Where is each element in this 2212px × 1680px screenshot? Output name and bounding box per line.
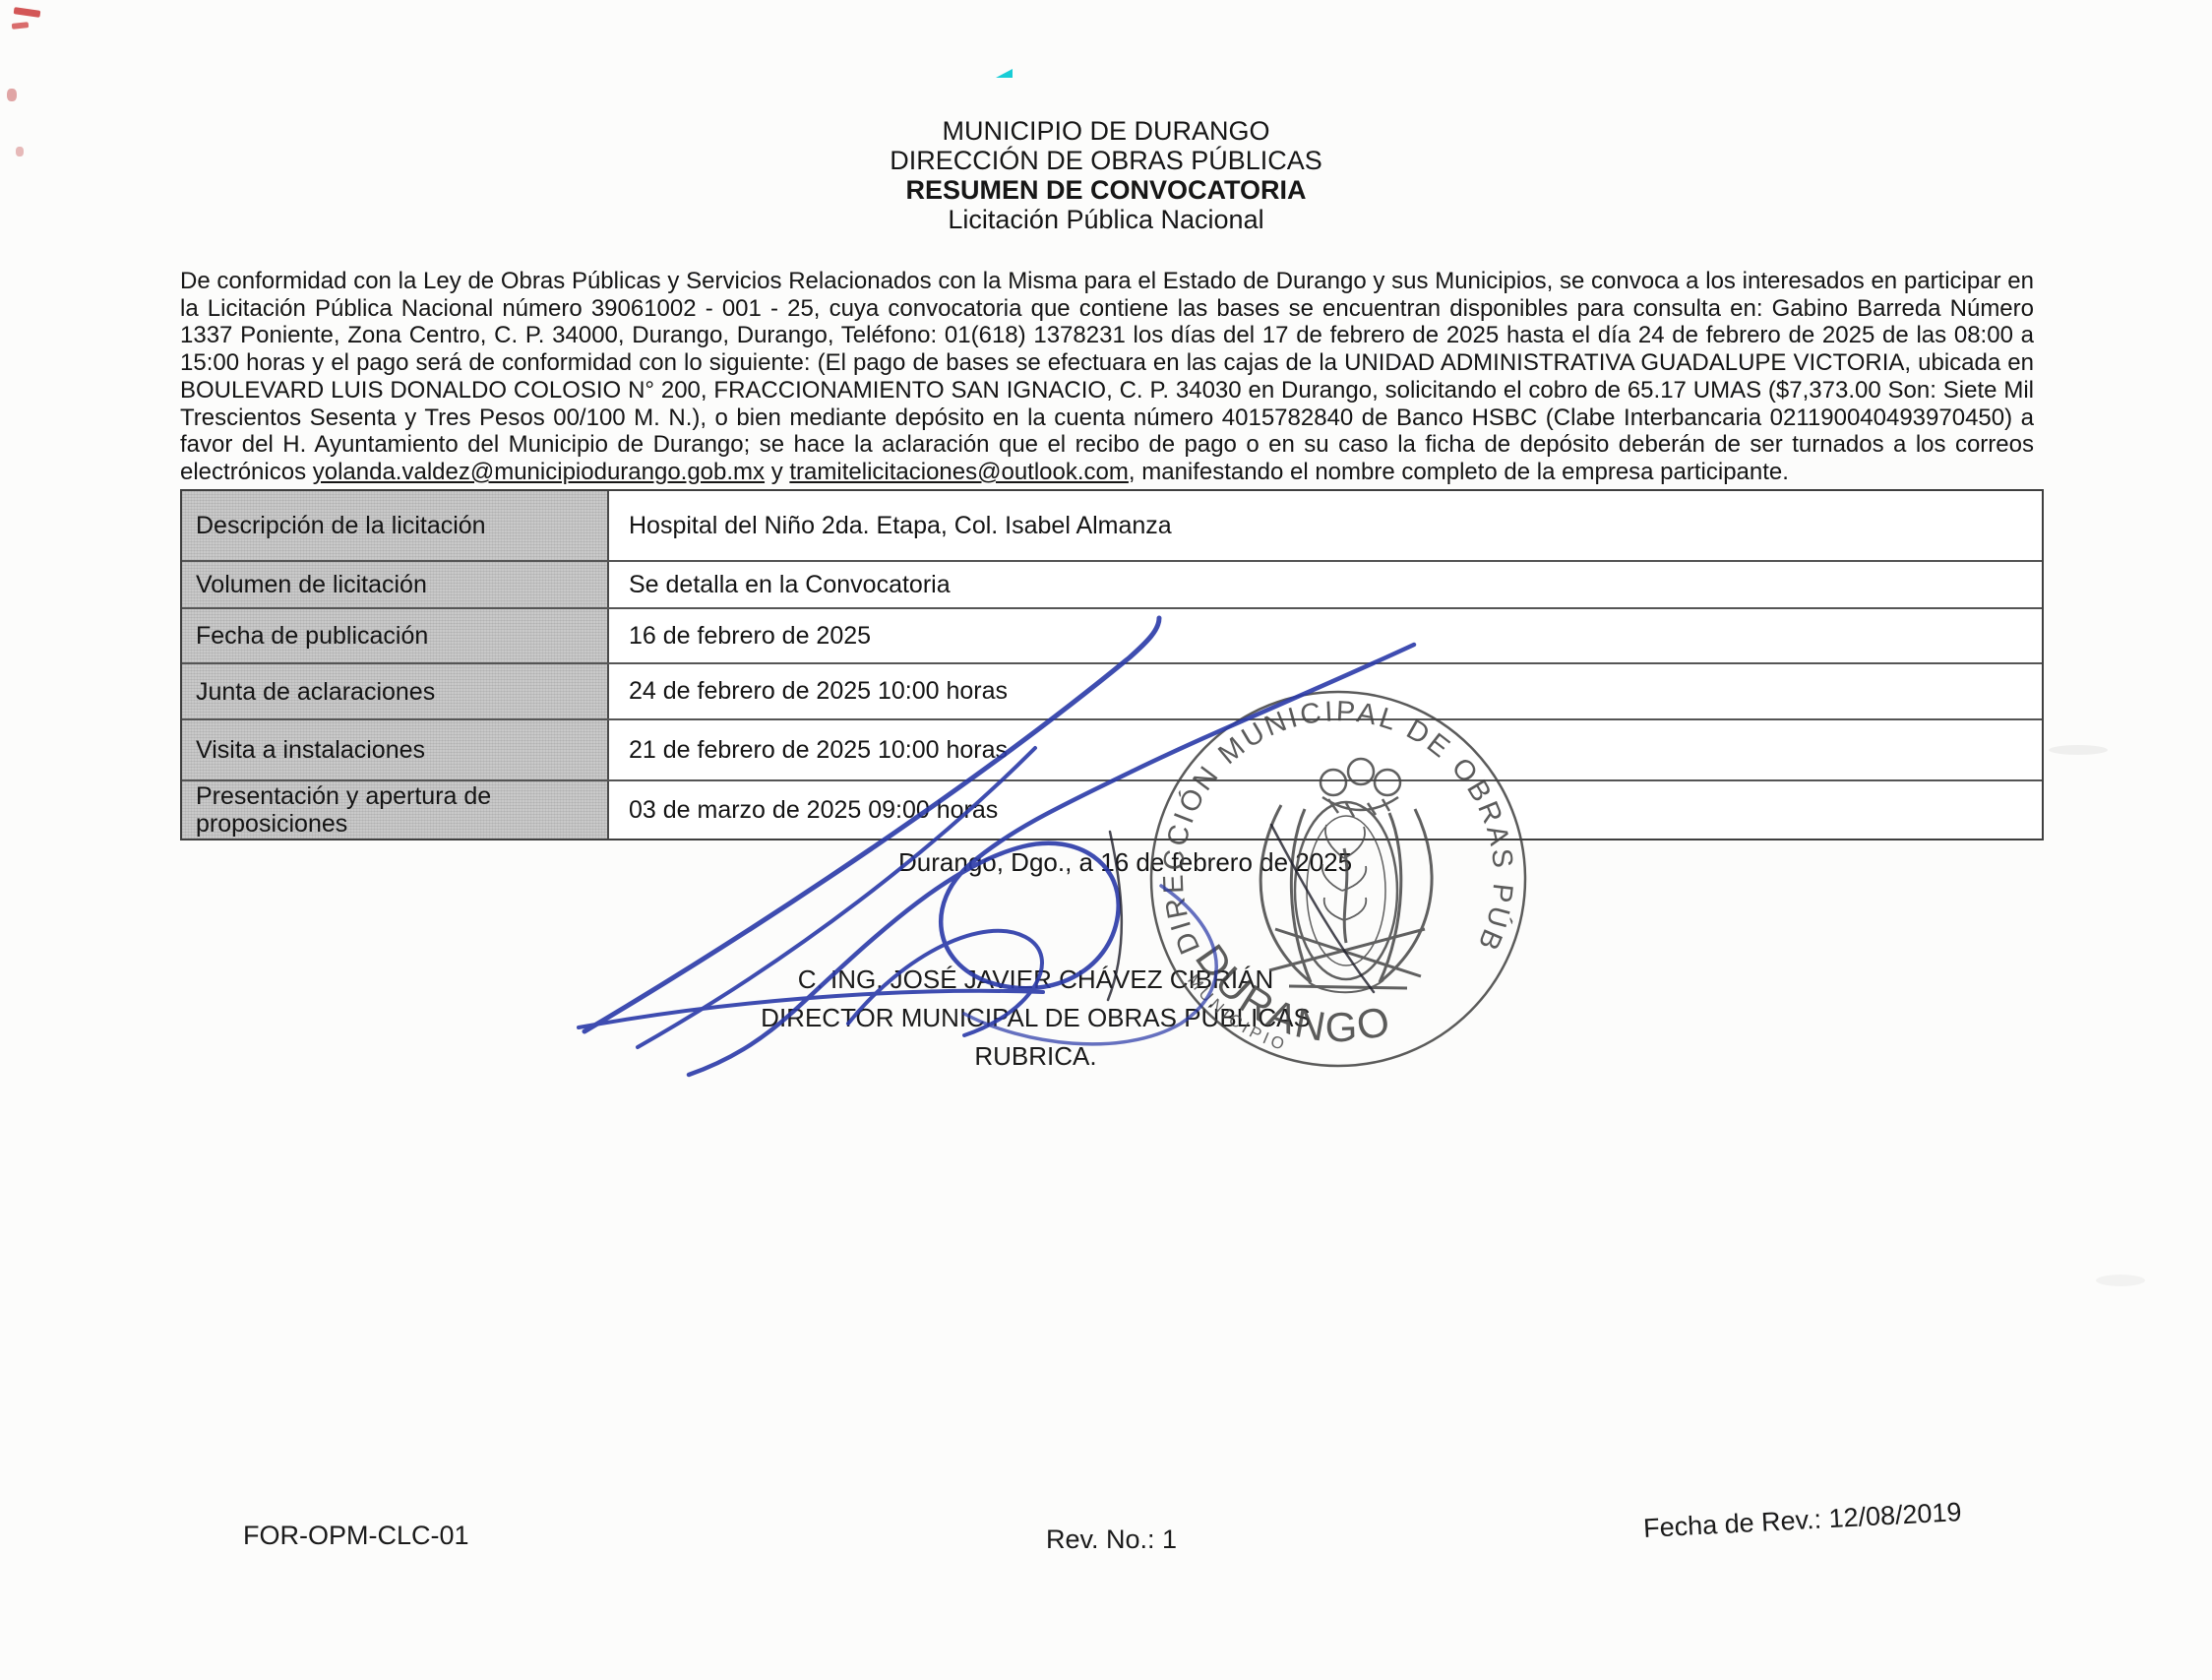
- scanned-document-page: MUNICIPIO DE DURANGO DIRECCIÓN DE OBRAS …: [0, 0, 2212, 1680]
- row-value: Hospital del Niño 2da. Etapa, Col. Isabe…: [609, 491, 2042, 560]
- row-value: 16 de febrero de 2025: [609, 609, 2042, 662]
- tender-summary-table: Descripción de la licitación Hospital de…: [180, 489, 2044, 840]
- row-label: Visita a instalaciones: [182, 720, 609, 779]
- row-label: Junta de aclaraciones: [182, 664, 609, 718]
- row-label: Presentación y apertura de proposiciones: [182, 781, 609, 839]
- signatory-name: C. ING. JOSÉ JAVIER CHÁVEZ CIBRIÁN: [669, 961, 1402, 999]
- email-link-tramite[interactable]: tramitelicitaciones@outlook.com: [789, 459, 1129, 485]
- convocation-paragraph: De conformidad con la Ley de Obras Públi…: [180, 268, 2034, 486]
- scan-artifact-red-speck: [7, 89, 17, 101]
- signatory-title: DIRECTOR MUNICIPAL DE OBRAS PÚBLICAS: [669, 999, 1402, 1037]
- table-row: Volumen de licitación Se detalla en la C…: [182, 562, 2042, 609]
- footer-form-code: FOR-OPM-CLC-01: [243, 1521, 469, 1551]
- scan-artifact-red-mark: [12, 22, 30, 30]
- email-link-yolanda[interactable]: yolanda.valdez@municipiodurango.gob.mx: [313, 459, 765, 485]
- paragraph-text-outro: , manifestando el nombre completo de la …: [1129, 459, 1789, 485]
- row-label: Fecha de publicación: [182, 609, 609, 662]
- rubric-label: RUBRICA.: [669, 1037, 1402, 1076]
- table-row: Fecha de publicación 16 de febrero de 20…: [182, 609, 2042, 664]
- scan-smudge: [2049, 745, 2108, 755]
- row-value: Se detalla en la Convocatoria: [609, 562, 2042, 607]
- paragraph-text-intro: De conformidad con la Ley de Obras Públi…: [180, 268, 2034, 485]
- header-document-title: RESUMEN DE CONVOCATORIA: [0, 175, 2212, 205]
- table-row: Junta de aclaraciones 24 de febrero de 2…: [182, 664, 2042, 720]
- document-header: MUNICIPIO DE DURANGO DIRECCIÓN DE OBRAS …: [0, 116, 2212, 234]
- table-row: Descripción de la licitación Hospital de…: [182, 491, 2042, 562]
- date-line: Durango, Dgo., a 16 de febrero de 2025: [898, 847, 1352, 878]
- scan-artifact-cyan-mark: [996, 69, 1013, 78]
- signature-block: C. ING. JOSÉ JAVIER CHÁVEZ CIBRIÁN DIREC…: [669, 961, 1402, 1076]
- scan-smudge: [2096, 1275, 2145, 1286]
- row-value: 03 de marzo de 2025 09:00 horas: [609, 781, 2042, 839]
- paragraph-conjunction: y: [765, 459, 789, 485]
- header-department: DIRECCIÓN DE OBRAS PÚBLICAS: [0, 146, 2212, 175]
- footer-revision-date: Fecha de Rev.: 12/08/2019: [1642, 1497, 1962, 1544]
- row-value: 21 de febrero de 2025 10:00 horas: [609, 720, 2042, 779]
- scan-artifact-red-mark: [14, 7, 41, 18]
- row-label: Descripción de la licitación: [182, 491, 609, 560]
- header-municipality: MUNICIPIO DE DURANGO: [0, 116, 2212, 146]
- header-procedure-type: Licitación Pública Nacional: [0, 205, 2212, 234]
- row-value: 24 de febrero de 2025 10:00 horas: [609, 664, 2042, 718]
- footer-revision: Rev. No.: 1: [1046, 1524, 1177, 1555]
- table-row: Visita a instalaciones 21 de febrero de …: [182, 720, 2042, 781]
- table-row: Presentación y apertura de proposiciones…: [182, 781, 2042, 839]
- row-label: Volumen de licitación: [182, 562, 609, 607]
